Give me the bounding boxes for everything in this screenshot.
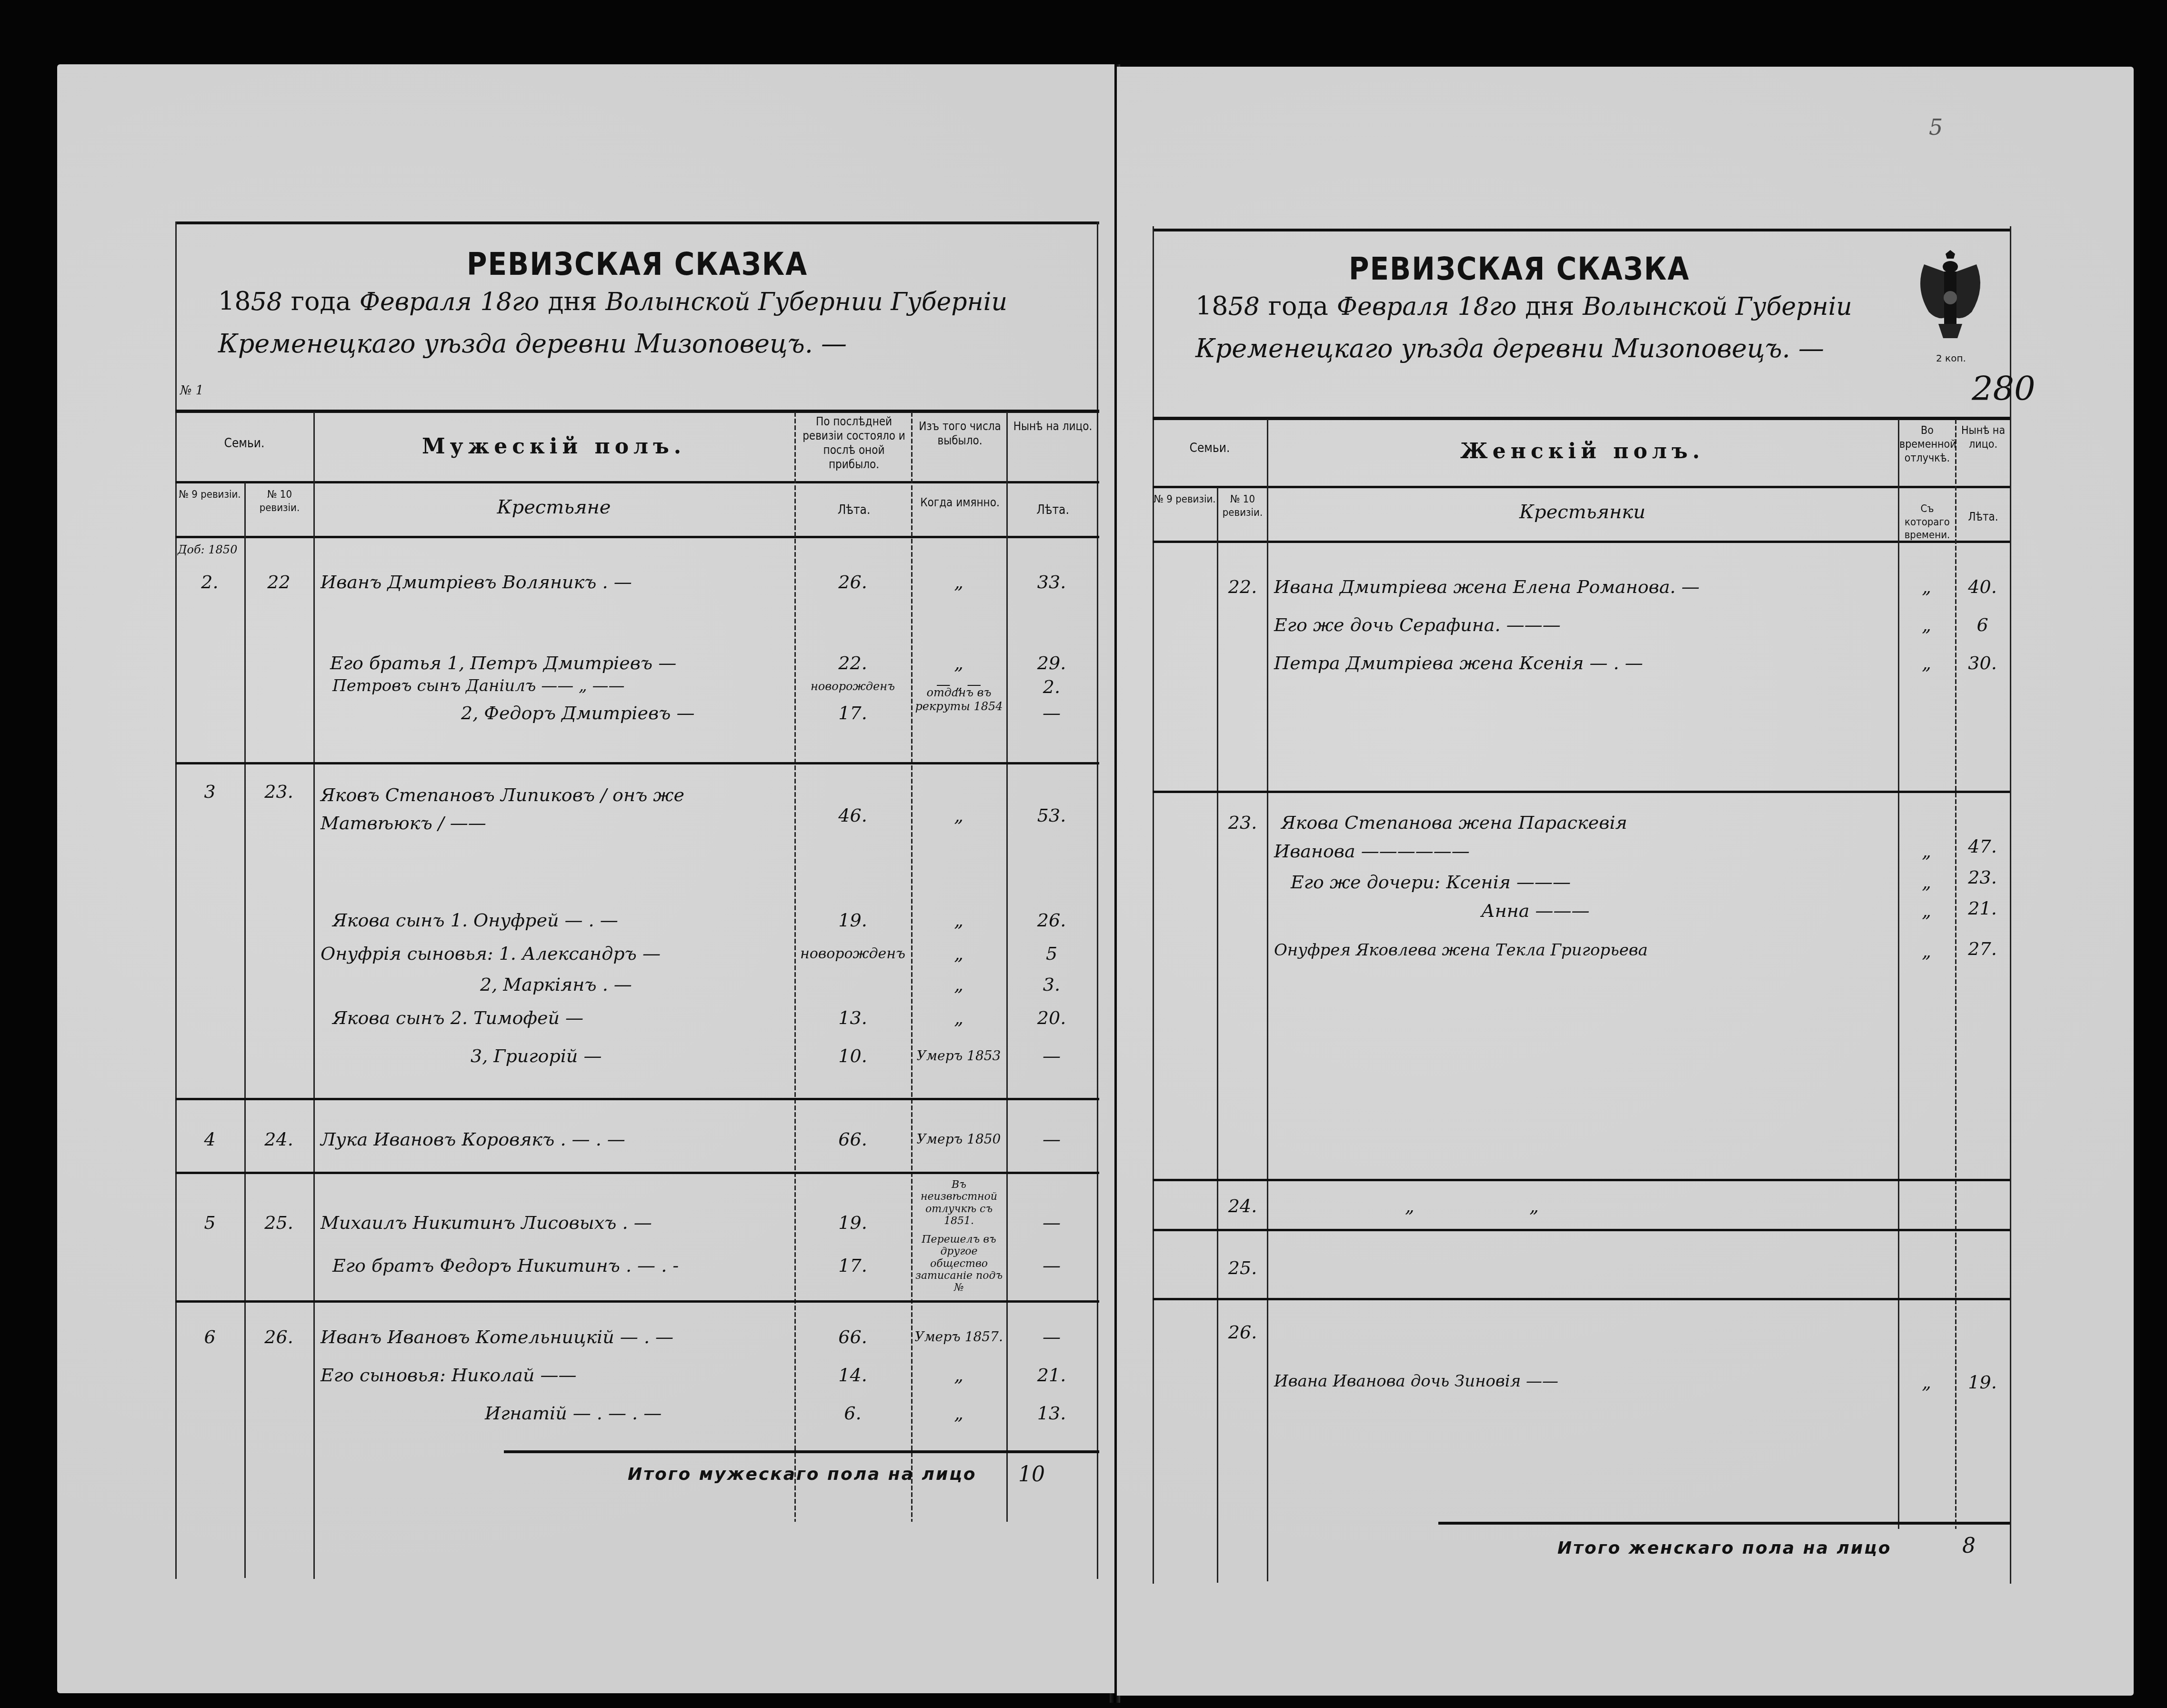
person-name: Петровъ сынъ Даніилъ —— „ ——: [332, 676, 625, 695]
year-suffix: года: [291, 286, 351, 316]
age-now: 5: [1006, 943, 1097, 964]
departed: Умеръ 1853: [911, 1048, 1006, 1064]
total-label: Итого женскаго пола на лицо: [1557, 1538, 1892, 1558]
absence: „: [1898, 1372, 1955, 1393]
age-last-revision: 66.: [794, 1326, 911, 1347]
person-name: Его же дочь Серафина. ———: [1274, 614, 1561, 635]
female-census-form: РЕВИЗСКАЯ СКАЗКА 1858 года Февраля 18го …: [1153, 226, 2107, 1584]
total-label: Итого мужескаго пола на лицо: [628, 1465, 977, 1484]
col-divider: [313, 412, 315, 1579]
age-last-revision: 10.: [794, 1045, 911, 1066]
province: Волынской Губернии Губерніи: [605, 288, 1007, 316]
departed: „: [911, 943, 1006, 964]
header-middle-rule: [1153, 486, 2010, 488]
age-now: —: [1006, 703, 1097, 723]
family-divider: [1153, 1229, 2010, 1231]
age-last-revision: новорожденъ: [794, 680, 911, 693]
departed: „: [911, 974, 1006, 995]
year-handwritten: 58: [1228, 292, 1260, 321]
family-no9: 4: [175, 1129, 244, 1150]
person-name: Онуфрія сыновья: 1. Александръ —: [321, 943, 661, 964]
top-border: [1153, 229, 2010, 231]
departed: отданъ въ рекруты 1854: [913, 686, 1005, 713]
absence: „: [1898, 653, 1955, 673]
family-no10: 24.: [244, 1129, 313, 1150]
col-male-section: Мужескій полъ.: [313, 433, 794, 460]
age-last-revision: 26.: [794, 572, 911, 593]
col-since-when: Съ котораго времени.: [1899, 502, 1955, 542]
year-printed: 18: [1195, 291, 1228, 321]
age-now: —: [1006, 1326, 1097, 1347]
age-last-revision: 19.: [794, 1212, 911, 1233]
person-name: Яковъ Степановъ Липиковъ / онъ же Матвѣю…: [321, 781, 792, 837]
province: Волынской Губерніи: [1583, 292, 1852, 321]
family-no9: 6: [175, 1326, 244, 1347]
age-last-revision: 46.: [794, 805, 911, 826]
age-now: 30.: [1955, 653, 2010, 673]
age-now: 26.: [1006, 910, 1097, 931]
age-now: 19.: [1955, 1372, 2010, 1393]
person-name: Якова Степанова жена Параскевія: [1281, 812, 1627, 833]
family-divider: [1153, 1179, 2010, 1181]
person-name: Его сыновья: Николай ——: [321, 1365, 576, 1386]
col-no-10-revision: № 10 ревизіи.: [1218, 493, 1267, 519]
age-now: —: [1006, 1045, 1097, 1066]
age-now: —: [1006, 1212, 1097, 1233]
col-families: Семьи.: [175, 436, 313, 452]
col-no-10-revision: № 10 ревизіи.: [246, 488, 313, 514]
family-divider: [175, 1300, 1099, 1303]
year-suffix: года: [1268, 291, 1328, 321]
departed: „: [911, 1403, 1006, 1424]
person-name: 2, Федоръ Дмитріевъ —: [461, 703, 694, 723]
absence: „: [1898, 941, 1955, 962]
margin-mark: № 1: [180, 383, 203, 398]
double-headed-eagle-icon: [1910, 245, 1991, 355]
col-families: Семьи.: [1153, 441, 1267, 456]
col-divider: [1267, 419, 1268, 1581]
family-no10: 22: [244, 572, 313, 593]
absence: „: [1898, 576, 1955, 597]
person-name: 2, Маркіянъ . —: [480, 974, 632, 995]
departed: „: [911, 1365, 1006, 1386]
top-border: [175, 221, 1099, 224]
age-now: 29.: [1006, 653, 1097, 673]
family-divider: [175, 762, 1099, 764]
person-name: Якова сынъ 1. Онуфрей — . —: [332, 910, 618, 931]
header-top-rule: [1153, 417, 2010, 420]
family-no10: 25.: [1218, 1257, 1267, 1278]
col-when: Когда имянно.: [913, 495, 1006, 510]
form-right-border: [2010, 226, 2011, 1584]
total-rule: [504, 1450, 1099, 1453]
age-now: 2.: [1006, 676, 1097, 697]
header-date-line: 1858 года Февраля 18го дня Волынской Губ…: [1195, 291, 1852, 322]
col-divider: [1217, 487, 1218, 1583]
person-name: Иванова ——————: [1274, 841, 1470, 862]
header-district-line: Кременецкаго уѣзда деревни Мизоповецъ. —: [1195, 333, 1824, 363]
col-present: Нынѣ на лицо.: [1956, 424, 2010, 452]
age-now: —: [1006, 1255, 1097, 1276]
family-no10: 26.: [244, 1326, 313, 1347]
person-name: Его же дочери: Ксенія ———: [1291, 872, 1571, 893]
col-present: Нынѣ на лицо.: [1009, 419, 1097, 433]
person-name: Михаилъ Никитинъ Лисовыхъ . —: [321, 1212, 652, 1233]
absence: „: [1898, 614, 1955, 635]
family-divider: [175, 1172, 1099, 1174]
family-no10: 23.: [244, 781, 313, 802]
family-no9: 2.: [175, 572, 244, 593]
families-note: Доб: 1850: [178, 543, 237, 556]
person-name: Петра Дмитріева жена Ксенія — . —: [1274, 653, 1643, 673]
absence: „: [1898, 841, 1955, 862]
family-no10: 25.: [244, 1212, 313, 1233]
month: Февраля: [1337, 292, 1449, 321]
person-name: Его братъ Федоръ Никитинъ . — . -: [332, 1255, 679, 1276]
age-now: —: [1006, 1129, 1097, 1150]
year-handwritten: 58: [251, 288, 282, 316]
month: Февраля: [360, 288, 472, 316]
person-name: Лука Ивановъ Коровякъ . — . —: [321, 1129, 625, 1150]
age-now: 21.: [1955, 898, 2010, 919]
col-estate: Крестьянки: [1267, 500, 1898, 524]
page-number: 280: [1972, 369, 2036, 408]
col-years: Лѣта.: [1956, 510, 2010, 524]
departed: „: [911, 1007, 1006, 1028]
header-district-line: Кременецкаго уѣзда деревни Мизоповецъ. —: [218, 329, 847, 359]
col-estate: Крестьяне: [313, 495, 794, 519]
age-last-revision: новорожденъ: [794, 945, 911, 962]
person-name: 3, Григорій —: [471, 1045, 602, 1066]
day-suffix: дня: [1525, 291, 1574, 321]
family-no9: 5: [175, 1212, 244, 1233]
col-divider: [244, 482, 246, 1578]
departed: „: [911, 805, 1006, 826]
age-last-revision: 17.: [794, 703, 911, 723]
form-title: РЕВИЗСКАЯ СКАЗКА: [175, 245, 1099, 282]
total-value: 10: [1018, 1462, 1045, 1487]
total-value: 8: [1962, 1534, 1976, 1558]
departed: Умеръ 1857.: [911, 1329, 1006, 1345]
age-last-revision: 13.: [794, 1007, 911, 1028]
age-now: 6: [1955, 614, 2010, 635]
col-temporary-absence: Во временной отлучкѣ.: [1899, 424, 1955, 465]
header-date-line: 1858 года Февраля 18го дня Волынской Губ…: [218, 286, 1007, 317]
family-divider: [1153, 791, 2010, 793]
form-title: РЕВИЗСКАЯ СКАЗКА: [1153, 250, 1886, 287]
family-no10: 24.: [1218, 1196, 1267, 1216]
age-last-revision: 14.: [794, 1365, 911, 1386]
header-bottom-rule: [1153, 541, 2010, 543]
col-departed: Изъ того числа выбыло.: [913, 419, 1006, 448]
family-no10: 22.: [1218, 576, 1267, 597]
age-now: 20.: [1006, 1007, 1097, 1028]
age-last-revision: 6.: [794, 1403, 911, 1424]
person-name: Игнатій — . — . —: [485, 1403, 662, 1424]
person-name: Онуфрея Яковлева жена Текла Григорьева: [1274, 941, 1648, 960]
col-no-9-revision: № 9 ревизіи.: [1153, 493, 1217, 506]
person-name: Иванъ Дмитріевъ Воляникъ . —: [321, 572, 632, 593]
ditto-marks: „ „: [1405, 1196, 1539, 1216]
departed: Перешелъ въ другое общество затисаніе по…: [913, 1234, 1005, 1294]
form-left-border: [1153, 226, 1154, 1584]
family-no10: 26.: [1218, 1322, 1267, 1343]
year-printed: 18: [218, 286, 251, 316]
departed: „: [911, 653, 1006, 673]
age-now: 21.: [1006, 1365, 1097, 1386]
age-now: 47.: [1955, 836, 2010, 857]
pencil-mark: 5: [1929, 114, 1943, 140]
age-now: 53.: [1006, 805, 1097, 826]
family-divider: [1153, 1298, 2010, 1300]
departed: Умеръ 1850: [911, 1131, 1006, 1147]
right-page: 5 РЕВИЗСКАЯ СКАЗКА 1858 года Февраля 18г…: [1117, 67, 2134, 1696]
person-name: Ивана Иванова дочь Зиновія ——: [1274, 1372, 1558, 1391]
departed: „: [911, 572, 1006, 593]
day-suffix: дня: [548, 286, 597, 316]
person-name: Его братья 1, Петръ Дмитріевъ —: [330, 653, 676, 673]
family-divider: [175, 1098, 1099, 1100]
departed: Въ неизвѣстной отлучкѣ съ 1851.: [913, 1179, 1005, 1227]
age-now: 33.: [1006, 572, 1097, 593]
total-rule: [1438, 1522, 2010, 1525]
family-no10: 23.: [1218, 812, 1267, 833]
age-last-revision: 22.: [794, 653, 911, 673]
person-name: Якова сынъ 2. Тимофей —: [332, 1007, 583, 1028]
departed: „: [911, 910, 1006, 931]
col-no-9-revision: № 9 ревизіи.: [175, 488, 244, 502]
age-now: 23.: [1955, 867, 2010, 888]
absence: „: [1898, 900, 1955, 921]
col-years: Лѣта.: [797, 502, 911, 518]
form-left-border: [175, 221, 177, 1579]
person-name: Ивана Дмитріева жена Елена Романова. —: [1274, 576, 1699, 597]
col-years-now: Лѣта.: [1009, 502, 1097, 518]
age-last-revision: 19.: [794, 910, 911, 931]
age-last-revision: 17.: [794, 1255, 911, 1276]
form-right-border: [1097, 221, 1098, 1579]
male-census-form: РЕВИЗСКАЯ СКАЗКА 1858 года Февраля 18го …: [175, 221, 1114, 1584]
absence: „: [1898, 872, 1955, 893]
person-name: Анна ———: [1481, 900, 1590, 921]
col-last-revision: По послѣдней ревизіи состояло и послѣ он…: [797, 414, 911, 472]
age-now: 3.: [1006, 974, 1097, 995]
age-now: 13.: [1006, 1403, 1097, 1424]
left-page: РЕВИЗСКАЯ СКАЗКА 1858 года Февраля 18го …: [57, 64, 1114, 1693]
age-now: 40.: [1955, 576, 2010, 597]
day: 18го: [1458, 292, 1517, 321]
age-now: 27.: [1955, 938, 2010, 959]
stamp-value: 2 коп.: [1936, 352, 1966, 364]
person-name: Иванъ Ивановъ Котельницкій — . —: [321, 1326, 673, 1347]
col-female-section: Женскій полъ.: [1267, 438, 1898, 464]
day: 18го: [481, 288, 540, 316]
family-no9: 3: [175, 781, 244, 802]
age-last-revision: 66.: [794, 1129, 911, 1150]
